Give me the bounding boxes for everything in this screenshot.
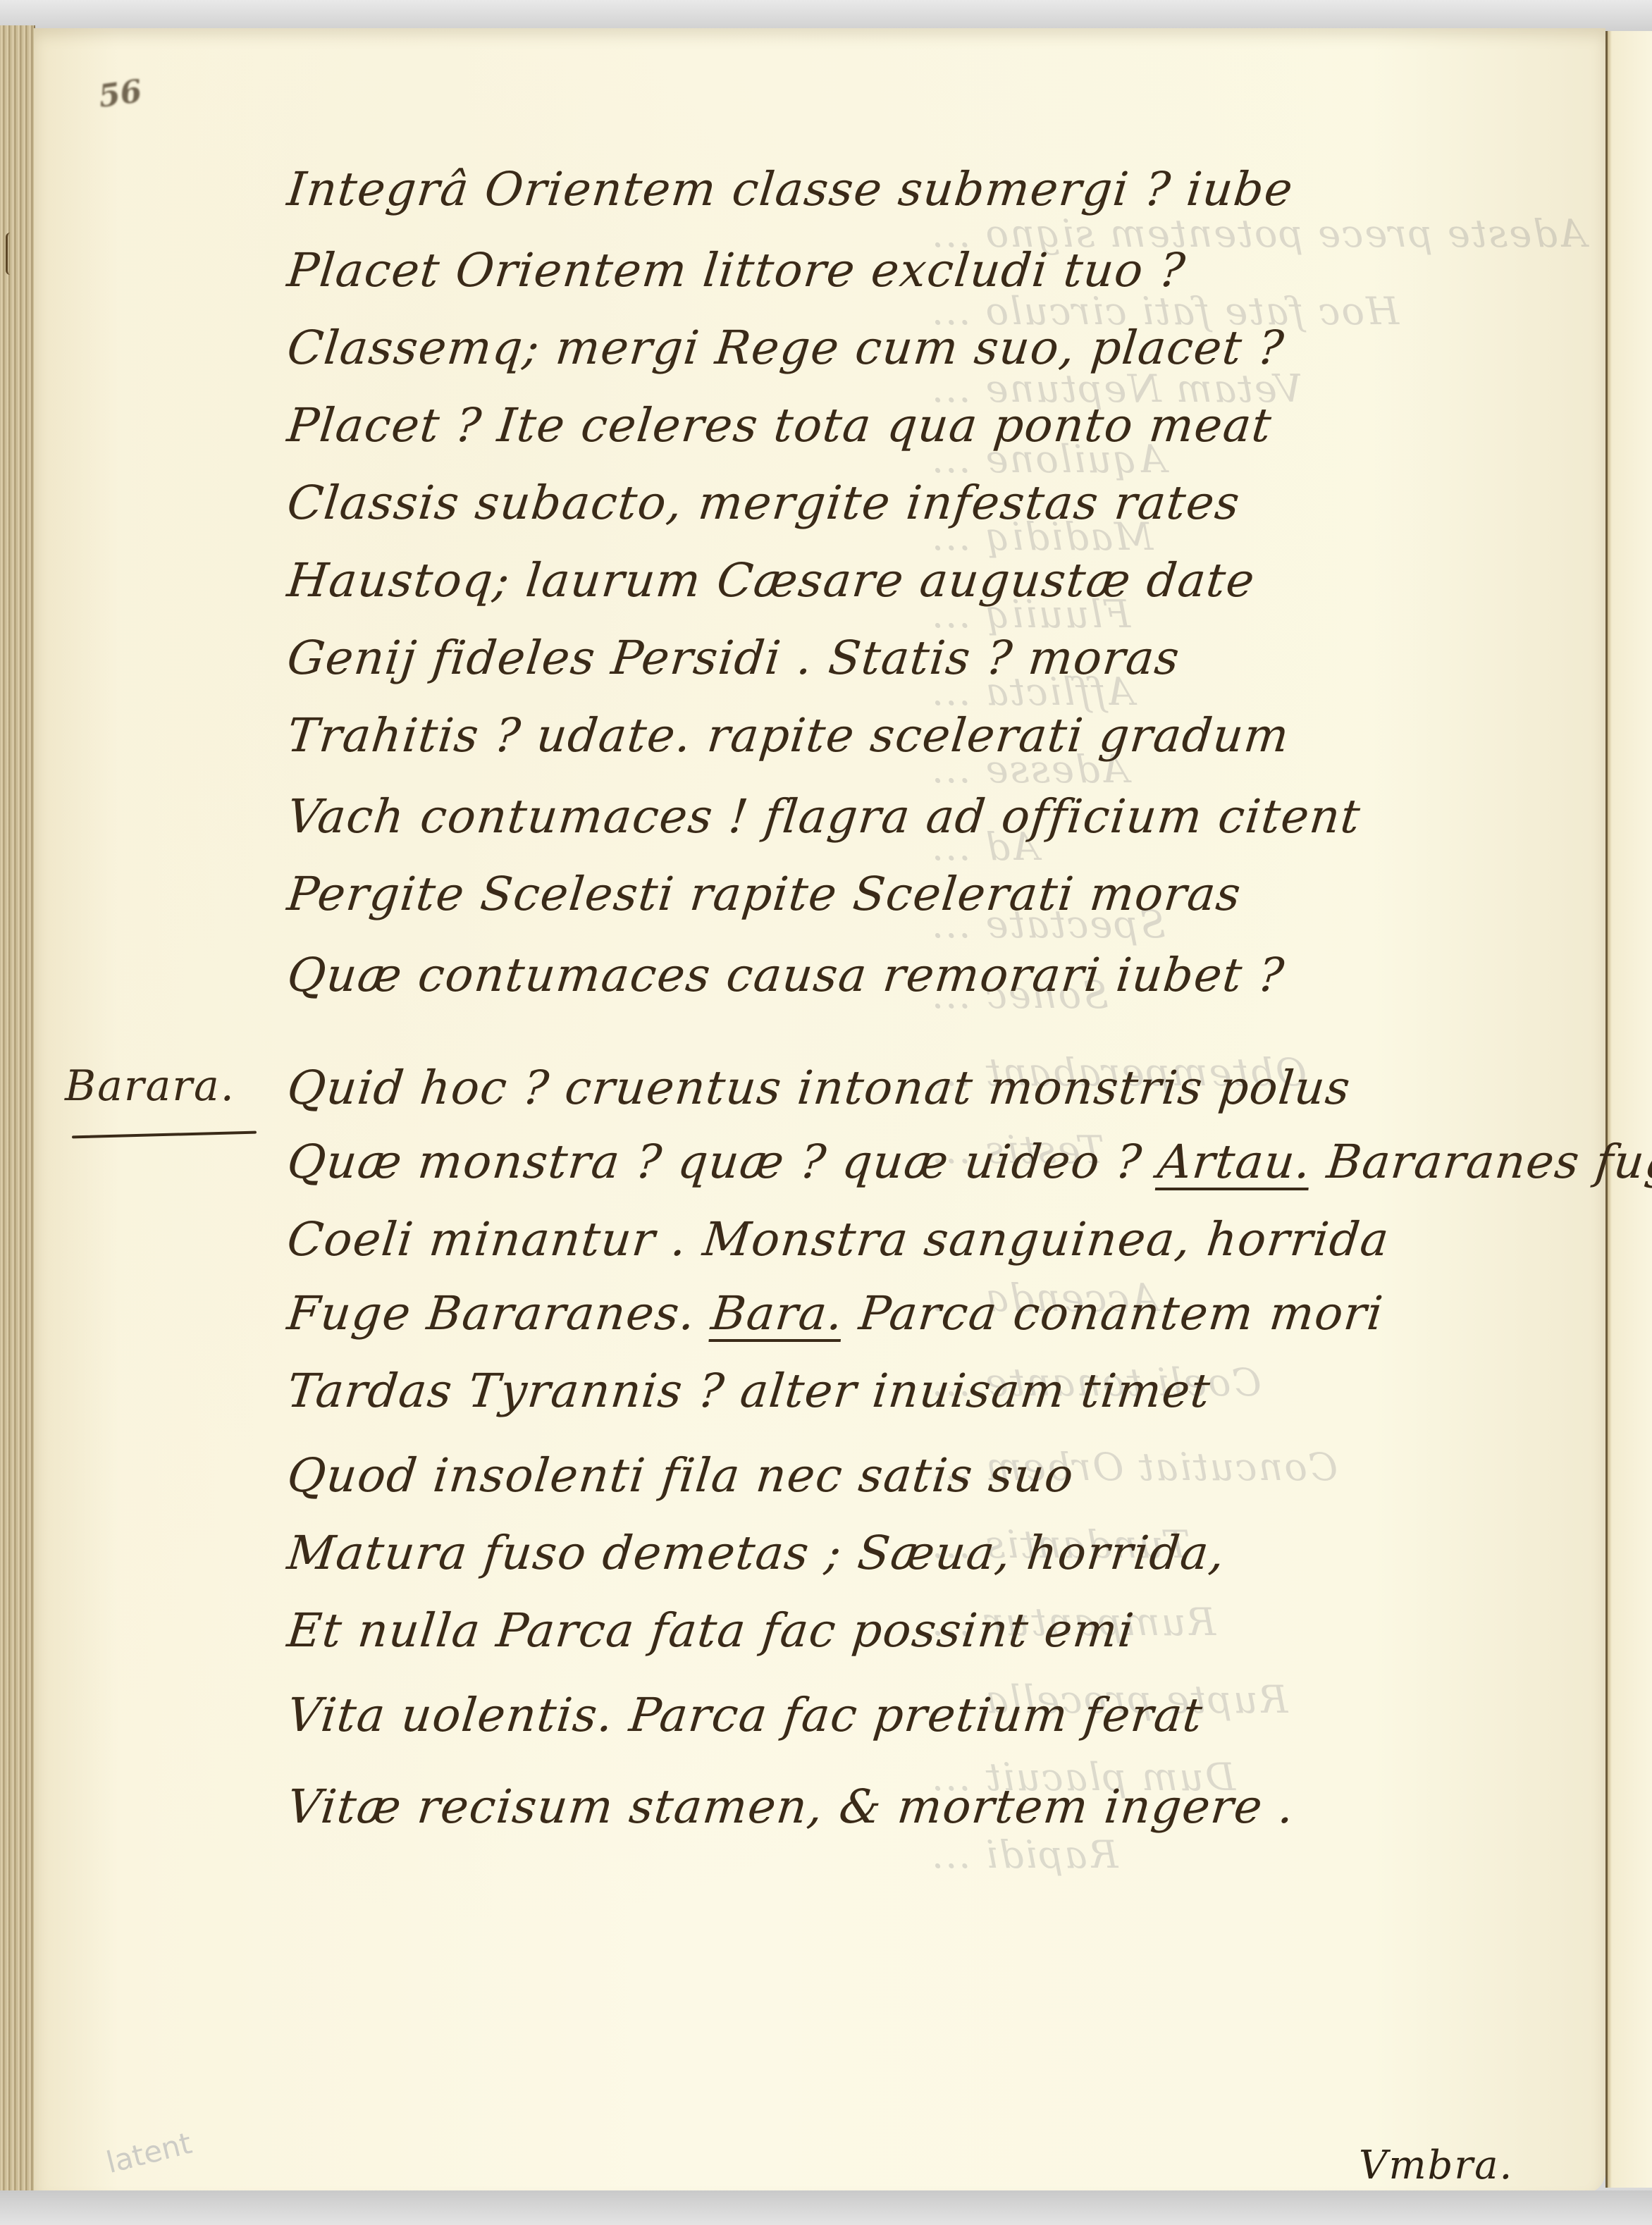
verse-line: Genij fideles Persidi . Statis ? moras (285, 631, 1183, 685)
verse-line: Placet ? Ite celeres tota qua ponto meat (285, 398, 1275, 452)
verse-line: Tardas Tyrannis ? alter inuisam timet (285, 1364, 1214, 1418)
verse-line: Classemq; mergi Rege cum suo, placet ? (285, 321, 1287, 375)
folio-number: 56 (97, 73, 144, 115)
binding-mark (6, 233, 15, 275)
verse-line: Pergite Scelesti rapite Scelerati moras (285, 867, 1244, 921)
verse-line: Vita uolentis. Parca fac pretium ferat (285, 1688, 1206, 1742)
verse-line: Integrâ Orientem classe submergi ? iube (285, 162, 1296, 216)
verse-line-with-speaker: Fuge Bararanes. Bara. Parca conantem mor… (285, 1286, 1386, 1340)
verse-text: Fuge Bararanes. (285, 1286, 715, 1340)
speaker-label-artau: Artau. (1155, 1135, 1314, 1189)
scan-background-top (0, 0, 1652, 32)
scan-background-bottom (0, 2190, 1652, 2225)
verse-line: Quid hoc ? cruentus intonat monstris pol… (285, 1061, 1353, 1115)
verse-text: Parca conantem mori (841, 1286, 1386, 1340)
speaker-label-barara: Barara. (65, 1061, 235, 1111)
verse-line: Haustoq; laurum Cæsare augustæ date (285, 553, 1258, 608)
verse-line: Quæ contumaces causa remorari iubet ? (285, 948, 1288, 1002)
verse-line: Vitæ recisum stamen, & mortem ingere . (285, 1780, 1297, 1834)
verse-line: Matura fuso demetas ; Sæua, horrida, (285, 1526, 1228, 1580)
verse-text: Bararanes fuge (1309, 1135, 1652, 1189)
verse-line: Classis subacto, mergite infestas rates (285, 476, 1243, 530)
page-stack-edges (0, 25, 35, 2196)
verse-line: Vach contumaces ! flagra ad officium cit… (285, 789, 1364, 844)
verse-line: Trahitis ? udate. rapite scelerati gradu… (285, 708, 1292, 763)
verse-line: Placet Orientem littore excludi tuo ? (285, 243, 1188, 297)
verse-line: Et nulla Parca fata fac possint emi (285, 1603, 1137, 1658)
catchword: Vmbra. (1359, 2143, 1513, 2188)
verse-line-with-speaker: Quæ monstra ? quæ ? quæ uideo ? Artau. B… (285, 1135, 1652, 1189)
gutter-fold (1605, 31, 1652, 2188)
verse-line: Coeli minantur . Monstra sanguinea, horr… (285, 1212, 1392, 1266)
speaker-label-bara: Bara. (709, 1286, 846, 1340)
verse-line: Quod insolenti fila nec satis suo (285, 1448, 1077, 1503)
verse-text: Quæ monstra ? quæ ? quæ uideo ? (285, 1135, 1161, 1189)
